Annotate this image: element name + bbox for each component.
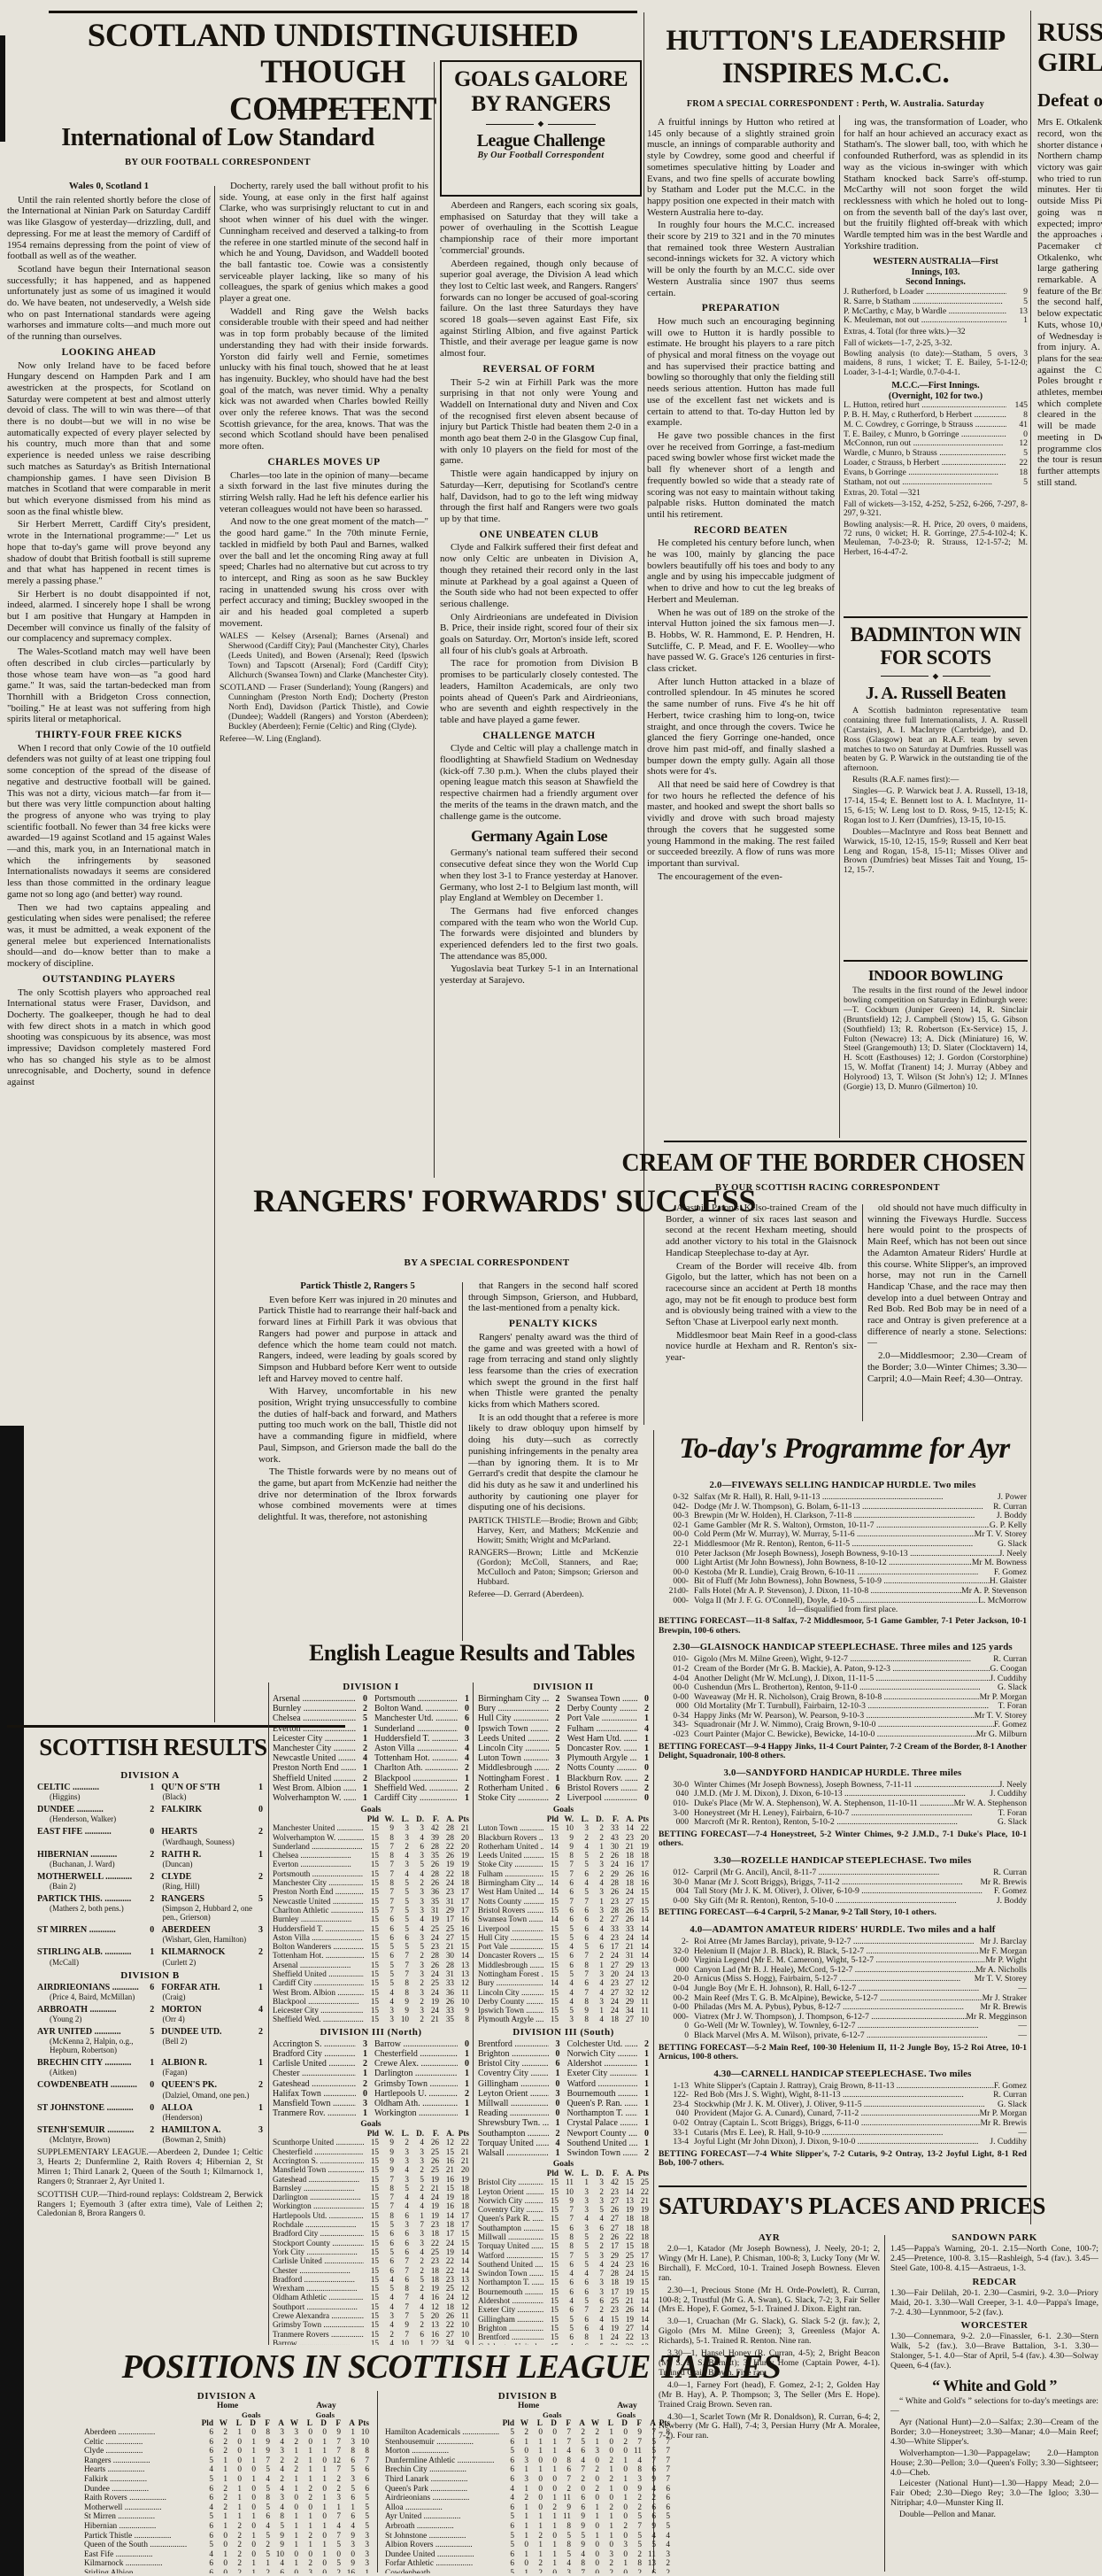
table-goals-header: Goals [478, 1806, 649, 1814]
goals-galore-headline: GOALS GALORE BY RANGERS [442, 67, 640, 117]
section-subhead: CHALLENGE MATCH [440, 731, 638, 742]
course-label: WORCESTER [890, 2320, 1098, 2331]
paragraph: Their 5-2 win at Firhill Park was the mo… [440, 377, 638, 468]
race-title: 3.30—ROZELLE HANDICAP STEEPLECHASE. Two … [659, 1855, 1027, 1866]
goals-byline: By Our Football Correspondent [442, 151, 640, 160]
table-row: Lincoln City15474273212 [478, 1988, 649, 1997]
article-section: CHALLENGE MATCH Clyde and Celtic will pl… [440, 731, 638, 823]
result-row: Millwall0Queen's P. Ran.1 [478, 2099, 649, 2108]
table-row: St Mirren511168110765 [84, 2512, 369, 2522]
runner-row: -023Court Painter (Major C. Bewicke), Be… [659, 1730, 1027, 1740]
scorecard-line: P. B. H. May, c Rutherford, b Herbert8 [844, 411, 1028, 421]
table-header: PldW.L.D.F.A.Pts [273, 2129, 469, 2138]
section-subhead: PENALTY KICKS [468, 1319, 638, 1330]
section-subhead: PREPARATION [647, 303, 835, 314]
result-row: Manchester City2Aston Villa4 [273, 1744, 469, 1753]
table-row: East Fife4120510001003 [84, 2550, 369, 2560]
scorecard-line: P. McCarthy, c May, b Wardle13 [844, 307, 1028, 317]
table-row: Barnsley15852211518 [273, 2184, 469, 2193]
table-header: PldW.L.D.F.A.Pts [478, 1814, 649, 1823]
table-row: Kilmarnock602114120593 [84, 2559, 369, 2569]
paragraph: that Rangers in the second half scored t… [468, 1280, 638, 1314]
table-row: Raith Rovers621083021365 [84, 2494, 369, 2503]
paragraph: He completed his century before lunch, w… [647, 538, 835, 605]
runner-row: 010-Duke's Place (Mr W. A. Stephenson), … [659, 1799, 1027, 1809]
runner-row: 22-1Middlesmoor (Mr R. Renton), Renton, … [659, 1540, 1027, 1550]
selection-line: Double—Pellon and Manar. [890, 2510, 1098, 2520]
table-row: Partick Thistle602159120793 [84, 2532, 369, 2541]
result-entry: DUNDEE2FALKIRK0 (Henderson, Walker) [37, 1805, 263, 1823]
paragraph: Clyde and Celtic will play a challenge m… [440, 743, 638, 822]
scottish-results-headline: SCOTTISH RESULTS [7, 1734, 299, 1760]
table-row: Sheffield United15573243113 [273, 1969, 469, 1978]
paragraph: Doubles—MacIntyre and Ross beat Bennett … [844, 828, 1028, 877]
section-subhead: OUTSTANDING PLAYERS [7, 974, 211, 986]
paragraph: After lunch Hutton attacked in a blaze o… [647, 677, 835, 777]
article-section: RECORD BEATEN He completed his century b… [647, 525, 835, 883]
result-row: Leicester City1Huddersfield T.3 [273, 1734, 469, 1744]
table-row: Nottingham Forest15573202413 [478, 1969, 649, 1978]
table-header: PldW.L.D.F.A.Pts [273, 1814, 469, 1823]
paragraph: And now to the one great moment of the m… [220, 516, 428, 629]
table-row: Gateshead15735191619 [273, 2175, 469, 2184]
column-rule [1030, 11, 1031, 2224]
table-row: Morton5011463001157 [385, 2447, 670, 2456]
supplementary-league-results: SUPPLEMENTARY LEAGUE.—Aberdeen 2, Dundee… [37, 2148, 263, 2187]
paragraph: Middlesmoor beat Main Reef in a good-cla… [666, 1330, 857, 1364]
result-row: West Brom. Albion1Sheffield Wed.2 [273, 1783, 469, 1793]
table-row: Fulham15762292616 [478, 1869, 649, 1878]
table-row: Plymouth Argyle15384182710 [478, 2015, 649, 2023]
edge-headline: RUSSIAN GIRLS [1037, 18, 1102, 77]
runner-row: 30-0Winter Chimes (Mr Joseph Bowness), J… [659, 1781, 1027, 1791]
result-entry: EAST FIFE0HEARTS2 (Wardhaugh, Souness) [37, 1827, 263, 1845]
table-row: Oldham Athletic15474162412 [273, 2293, 469, 2301]
table-row: Southampton15636271818 [478, 2224, 649, 2232]
paragraph: When he was out of 189 on the stroke of … [647, 607, 835, 675]
table-row: Carlisle United15672232214 [273, 2256, 469, 2265]
ayr-results-column: AYR 2.0—1, Katador (Mr Joseph Bowness), … [659, 2230, 880, 2573]
article-section: THIRTY-FOUR FREE KICKS When I record tha… [7, 730, 211, 970]
table-row: Liverpool15564333314 [478, 1924, 649, 1933]
table-row: York City15564251914 [273, 2247, 469, 2256]
referee-line: Referee—D. Gerrard (Aberdeen). [468, 1590, 638, 1599]
table-row: Torquay United15852171518 [478, 2241, 649, 2250]
table-row: Arbroath611189012795 [385, 2522, 670, 2532]
result-entry: STENH'SEMUIR2HAMILTON A.3 (McIntyre, Bro… [37, 2125, 263, 2144]
table-row: Brighton15564192714 [478, 2324, 649, 2332]
runner-row: 02-1Game Gambler (Mr R. S. Walton), Orms… [659, 1521, 1027, 1531]
race-card: 2.30—GLAISNOCK HANDICAP STEEPLECHASE. Th… [659, 1642, 1027, 1761]
race-result: 2.0—1, Katador (Mr Joseph Bowness), J. N… [659, 2245, 880, 2284]
result-row: Carlisle United2Crewe Alex.0 [273, 2059, 469, 2069]
result-row: Gillingham0Watford1 [478, 2079, 649, 2089]
result-row: Newcastle United4Tottenham Hot.4 [273, 1753, 469, 1763]
table-row: Hibernian612045111445 [84, 2522, 369, 2532]
table-row: Aston Villa15663242715 [273, 1933, 469, 1942]
race-title: 4.30—CARNELL HANDICAP STEEPLECHASE. Two … [659, 2069, 1027, 2079]
course-label: SANDOWN PARK [890, 2232, 1098, 2243]
table-row: Sunderland15726282220 [273, 1842, 469, 1851]
table-row: Dunfermline Athletic630084021477 [385, 2456, 670, 2466]
table-row: Clyde620193111788 [84, 2447, 369, 2456]
table-row: Leicester City1539324339 [273, 2006, 469, 2015]
table-header: PldWLDFAWLDFAPts [84, 2419, 369, 2428]
result-row: Burnley2Bolton Wand.0 [273, 1704, 469, 1713]
runner-row: 0Black Marvel (Mrs A. M. Wilson), privat… [659, 2031, 1027, 2041]
course-label: REDCAR [890, 2277, 1098, 2287]
paragraph: A fruitful innings by Hutton who retired… [647, 117, 835, 218]
table-row: Rotherham United14941302119 [478, 1842, 649, 1851]
table-row: Blackpool15492192610 [273, 1997, 469, 2006]
positions-divB-table: DIVISION B HomeAway GoalsGoals PldWLDFAW… [385, 2391, 670, 2573]
runner-row: 012-Carpril (Mr G. Ancil), Ancil, 8-11-7… [659, 1868, 1027, 1878]
result-row: Sheffield United2Blackpool1 [273, 1774, 469, 1783]
cream-article-col2: old should not have much difficulty in w… [867, 1203, 1027, 1422]
table-row: Darlington15744241918 [273, 2193, 469, 2201]
paragraph: Results (R.A.F. names first):— [844, 776, 1028, 785]
indoor-bowling-section: INDOOR BOWLING The results in the first … [844, 967, 1028, 1135]
runner-row: 21d0-Falls Hotel (Mr A. P. Stevenson), J… [659, 1587, 1027, 1597]
paragraph: Aberdeen regained, though only because o… [440, 259, 638, 360]
table-row: Watford15753292517 [478, 2251, 649, 2260]
paragraph: Until the rain relented shortly before t… [7, 195, 211, 262]
paragraph: The results in the first round of the Je… [844, 986, 1028, 1093]
result-entry: AIRDRIEONIANS6FORFAR ATH.1 (Price 4, Bai… [37, 1983, 263, 2001]
table-row: West Ham United14653262415 [478, 1887, 649, 1896]
table-row: Barrow15410122349 [273, 2339, 469, 2345]
table-row: Middlesbrough15681272913 [478, 1961, 649, 1969]
table-row: Mansfield Town15942252120 [273, 2165, 469, 2174]
runner-row: 00-0Kestoba (Mr R. Lundie), Craig Brown,… [659, 1568, 1027, 1578]
match-score-line: Partick Thistle 2, Rangers 5 [258, 1280, 457, 1292]
table-row: Falkirk510142111236 [84, 2475, 369, 2485]
result-row: Walsall1Swindon Town2 [478, 2148, 649, 2158]
runner-row: 00-0Cushendun (Mrs L. Brotherton), Rento… [659, 1683, 1027, 1693]
scorecard-line: R. Sarre, b Statham5 [844, 298, 1028, 307]
thistle-team-list: PARTICK THISTLE—Brodie; Brown and Gibb; … [468, 1516, 638, 1545]
division-label: DIVISION III (South) [478, 2027, 649, 2038]
runner-row: 33-1Cutaris (Mrs E. Lee), R. Hall, 9-10-… [659, 2129, 1027, 2139]
result-row: Chelsea5Manchester Utd.6 [273, 1713, 469, 1723]
edge-body: Mrs E. Otkalenko, holder of the world re… [1037, 117, 1102, 488]
table-row: Cowdenbeath512037020262 [385, 2569, 670, 2573]
table-row: Chesterfield15933251521 [273, 2147, 469, 2156]
section-subhead: CHARLES MOVES UP [220, 457, 428, 468]
table-row: Motherwell421054001115 [84, 2503, 369, 2513]
paragraph: ing was, the transformation of Loader, w… [844, 117, 1028, 251]
table-row: Exeter City15672232614 [478, 2305, 649, 2314]
race-title: 4.0—ADAMTON AMATEUR RIDERS' HURDLE. Two … [659, 1924, 1027, 1935]
column-rule [473, 1683, 474, 2345]
table-row: Southport15474121812 [273, 2302, 469, 2311]
race-title: 2.0—FIVEWAYS SELLING HANDICAP HURDLE. Tw… [659, 1480, 1027, 1490]
table-row: Charlton Athletic15753312917 [273, 1906, 469, 1915]
table-row: Newcastle United15753353117 [273, 1897, 469, 1906]
division-label: DIVISION B [385, 2391, 670, 2402]
badminton-section: BADMINTON WIN FOR SCOTS ◆ J. A. Russell … [844, 623, 1028, 956]
paragraph: The Germans had five enforced changes co… [440, 906, 638, 963]
table-row: Scunthorpe United15924261222 [273, 2138, 469, 2147]
worcester-results: 1.30—Connemara, 9-2. 2.0—Finassler, 6-1.… [890, 2332, 1098, 2371]
scotland-subheadline: International of Low Standard [9, 124, 427, 151]
column-rule [884, 2235, 885, 2572]
paragraph: Yugoslavia beat Turkey 5-1 in an Interna… [440, 963, 638, 986]
result-entry: BRECHIN CITY1ALBION R.1 (Aitken)(Fagan) [37, 2058, 263, 2077]
cream-byline: BY OUR SCOTTISH RACING CORRESPONDENT [651, 1183, 1005, 1193]
wales-team-list: WALES — Kelsey (Arsenal); Barnes (Arsena… [220, 631, 428, 680]
table-row: Stirling Albion6021260302161 [84, 2569, 369, 2573]
table-header: PldWLDFAWLDFAPts [385, 2419, 670, 2428]
result-row: Wolverhampton W.1Cardiff City1 [273, 1793, 469, 1803]
table-row: Port Vale15456172114 [478, 1942, 649, 1951]
paragraph: Then we had two captains appealing and g… [7, 902, 211, 970]
runner-row: 042-Dodge (Mr J. W. Thompson), G. Bolam,… [659, 1503, 1027, 1512]
selection-line: Wolverhampton—1.30—Pappagelaw; 2.0—Hampt… [890, 2449, 1098, 2479]
runner-row: 0-00Virginia Legend (Mr E. M. Cameron), … [659, 1956, 1027, 1966]
selection-line: Ayr (National Hunt)—2.0—Salfax; 2.30—Cre… [890, 2418, 1098, 2448]
result-row: Accrington S.3Barrow0 [273, 2039, 469, 2049]
table-row: Accrington S.15933261621 [273, 2156, 469, 2165]
paragraph: The race for promotion from Division B p… [440, 658, 638, 725]
paragraph: Cream of the Border will receive 4lb. fr… [666, 1261, 857, 1328]
table-row: Third Lanark630072021397 [385, 2475, 670, 2485]
scan-edge-artifact [0, 35, 5, 142]
cricket-article-col1: A fruitful innings by Hutton who retired… [647, 117, 835, 1135]
table-row: Everton15735261919 [273, 1860, 469, 1868]
paragraph: Rangers' penalty award was the third of … [468, 1332, 638, 1411]
table-row: Arsenal15573262813 [273, 1961, 469, 1969]
ornament-divider: ◆ [442, 120, 640, 128]
division-label: DIVISION III (North) [273, 2027, 469, 2038]
result-row: Mansfield Town3Oldham Ath.1 [273, 2099, 469, 2108]
scorecard-line: Loader, c Strauss, b Herbert22 [844, 459, 1028, 468]
table-row: Coventry City15735261919 [478, 2205, 649, 2214]
table-row: Manchester City15852262418 [273, 1878, 469, 1887]
result-row: Ipswich Town2Fulham4 [478, 1724, 649, 1734]
race-card: 4.30—CARNELL HANDICAP STEEPLECHASE. Two … [659, 2069, 1027, 2169]
english-league-headline: English League Results and Tables [281, 1640, 662, 1666]
cricket-scorecard: WESTERN AUSTRALIA—First Innings, 103. Se… [844, 257, 1028, 557]
section-subhead: RECORD BEATEN [647, 525, 835, 537]
selection-line: Leicester (National Hunt)—1.30—Happy Mea… [890, 2479, 1098, 2509]
result-row: Everton1Sunderland0 [273, 1724, 469, 1734]
race-result: 2.30—1, Precious Stone (Mr H. Orde-Powle… [659, 2286, 880, 2316]
badminton-headline: BADMINTON WIN FOR SCOTS [844, 623, 1028, 669]
column-rule [862, 1204, 863, 1421]
runner-row: 040Provident (Major G. A. Cunard), Cunar… [659, 2109, 1027, 2119]
column-rule [268, 1683, 269, 2345]
division-label: DIVISION I [273, 1682, 469, 1692]
result-row: Brighton0Norwich City1 [478, 2049, 649, 2059]
scotland-article-col2: Docherty, rarely used the ball without p… [220, 181, 428, 1178]
scorecard-line: Wardle, c Munro, b Strauss5 [844, 449, 1028, 459]
table-row: Bristol Rovers15663282615 [478, 1906, 649, 1915]
result-entry: COWDENBEATH0QUEEN'S PK.2 (Dalziel, Omand… [37, 2080, 263, 2099]
paragraph: Charles—too late in the opinion of many—… [220, 470, 428, 515]
result-row: Rotherham United6Bristol Rovers2 [478, 1783, 649, 1793]
race-result: 4.30—1, Scarlet Town (Mr R. Donaldson), … [659, 2413, 880, 2442]
table-header: PldW.L.D.F.A.Pts [478, 2169, 649, 2178]
table-row: Stockport County15663222415 [273, 2239, 469, 2247]
paragraph: Scotland have begun their International … [7, 264, 211, 343]
runner-row: 13-4Joyful Light (Mr John Dixon), J. Dix… [659, 2138, 1027, 2147]
division-label: DIVISION A [37, 1770, 263, 1781]
positions-headline: POSITIONS IN SCOTTISH LEAGUE TABLES [97, 2348, 805, 2386]
table-goals-header: Goals [273, 1806, 469, 1814]
result-row: Lincoln City5Doncaster Rov.1 [478, 1744, 649, 1753]
result-row: Middlesbrough2Notts County0 [478, 1763, 649, 1773]
table-row: Queen of the South502029111533 [84, 2541, 369, 2550]
article-section: ONE UNBEATEN CLUB Clyde and Falkirk suff… [440, 530, 638, 726]
table-row: Derby County15483242911 [478, 1997, 649, 2006]
paragraph: Sir Herbert is no doubt disappointed if … [7, 589, 211, 646]
runner-row: 000Marcroft (Mr R. Renton), Renton, 5-10… [659, 1818, 1027, 1828]
result-row: Luton Town3Plymouth Argyle1 [478, 1753, 649, 1763]
paragraph: The only Scottish players who approached… [7, 987, 211, 1088]
table-row: Queen's Park410020210946 [385, 2485, 670, 2495]
result-row: Bury2Derby County2 [478, 1704, 649, 1713]
table-row: Dundee United6111540302113 [385, 2550, 670, 2560]
table-row: Leyton Orient151032231422 [478, 2187, 649, 2196]
race-card: 3.30—ROZELLE HANDICAP STEEPLECHASE. Two … [659, 1855, 1027, 1918]
division-label: DIVISION B [37, 1970, 263, 1981]
table-row: Forfar Athletic6021480218132 [385, 2559, 670, 2569]
result-row: Brentford3Colchester Utd.2 [478, 2039, 649, 2049]
places-prices-headline: SATURDAY'S PLACES AND PRICES [659, 2193, 1027, 2219]
table-row: Aldershot15456252114 [478, 2296, 649, 2305]
table-row: Colchester United15465313213 [478, 2342, 649, 2345]
table-row: Hull City15564232414 [478, 1933, 649, 1942]
result-row: Leeds United2West Ham Utd.1 [478, 1734, 649, 1744]
rangers-article-col1: Partick Thistle 2, Rangers 5 Even before… [258, 1280, 457, 1642]
paragraph: All that need be said here of Cowdrey is… [647, 779, 835, 870]
table-row: Chelsea15843352619 [273, 1851, 469, 1860]
result-entry: CELTIC1QU'N OF S'TH1 (Higgins)(Black) [37, 1783, 263, 1801]
betting-forecast: BETTING FORECAST—6-4 Carpril, 5-2 Manar,… [659, 1908, 1027, 1918]
betting-forecast: BETTING FORECAST—7-4 White Slipper's, 7-… [659, 2150, 1027, 2169]
table-row: Tranmere Rovers15276162710 [273, 2330, 469, 2339]
table-row: Norwich City15933271321 [478, 2196, 649, 2205]
cricket-byline: FROM A SPECIAL CORRESPONDENT : Perth, W.… [646, 99, 1025, 109]
paragraph: Only Airdrieonians are undefeated in Div… [440, 612, 638, 657]
paragraph: The encouragement of the even- [647, 871, 835, 883]
white-and-gold-headline: “ White and Gold ” [890, 2377, 1098, 2394]
column-rule [839, 115, 840, 1138]
runner-row: 000-Volga II (Mr J. F. G. O'Connell), Do… [659, 1597, 1027, 1606]
table-row: Queen's Park R.15744271818 [478, 2214, 649, 2223]
selection-line: “ White and Gold's ” selections for to-d… [890, 2397, 1098, 2417]
cream-headline: CREAM OF THE BORDER CHOSEN [620, 1149, 1027, 1177]
article-section: REVERSAL OF FORM Their 5-2 win at Firhil… [440, 364, 638, 525]
result-row: Birmingham City2Swansea Town0 [478, 1694, 649, 1704]
table-row: Notts County15771232715 [478, 1897, 649, 1906]
table-row: Hartlepools Utd.15861191417 [273, 2211, 469, 2220]
table-row: Northampton T.15663181915 [478, 2278, 649, 2286]
article-section: Aberdeen and Rangers, each scoring six g… [440, 200, 638, 360]
result-row: Bradford City1Chesterfield1 [273, 2049, 469, 2059]
table-row: Stenhousemuir611175102757 [385, 2438, 670, 2448]
table-row: Cardiff City15582253312 [273, 1978, 469, 1987]
runner-row: 000Canyon Lad (Mr B. J. Heale), McCord, … [659, 1966, 1027, 1976]
paragraph: 2.0—Middlesmoor; 2.30—Cream of the Borde… [867, 1350, 1027, 1384]
runner-row: 343-Squadronair (Mr J. W. Nimmo), Craig … [659, 1721, 1027, 1730]
rangers-team-list: RANGERS—Brown; Little and McKenzie (Gord… [468, 1548, 638, 1587]
runner-row: 32-0Helenium II (Major J. B. Black), R. … [659, 1947, 1027, 1957]
race-card: 4.0—ADAMTON AMATEUR RIDERS' HURDLE. Two … [659, 1924, 1027, 2062]
table-row: Leeds United15852261818 [478, 1851, 649, 1860]
table-row: Bradford City15663181715 [273, 2229, 469, 2238]
race-title: 2.30—GLAISNOCK HANDICAP STEEPLECHASE. Th… [659, 1642, 1027, 1652]
betting-forecast: BETTING FORECAST—5-2 Main Reef, 100-30 H… [659, 2044, 1027, 2062]
paragraph: It is an odd thought that a referee is m… [468, 1412, 638, 1513]
table-row: St Johnstone512055110544 [385, 2532, 670, 2541]
paragraph: old should not have much difficulty in w… [867, 1203, 1027, 1349]
table-row: Rochdale15537231817 [273, 2220, 469, 2229]
section-rule [664, 1141, 1027, 1142]
positions-divA-table: DIVISION A HomeAway GoalsGoals PldWLDFAW… [84, 2391, 369, 2573]
result-row: Halifax Town0Hartlepools U.2 [273, 2089, 469, 2099]
column-rule [434, 62, 435, 1178]
scotland-team-list: SCOTLAND — Fraser (Sunderland); Young (R… [220, 683, 428, 731]
division-label: DIVISION II [478, 1682, 649, 1692]
result-row: Chester1Darlington1 [273, 2069, 469, 2078]
referee-line: Referee—W. Ling (England). [220, 734, 428, 744]
goals-galore-article: Aberdeen and Rangers, each scoring six g… [440, 200, 638, 1178]
headline-rule [49, 11, 637, 13]
paragraph: How much such an encouraging beginning w… [647, 316, 835, 429]
headline-ornament: ◆ [257, 103, 407, 117]
result-row: Arsenal0Portsmouth1 [273, 1694, 469, 1704]
table-row: Luton Town151032331422 [478, 1823, 649, 1832]
table-row: Tottenham Hot.15672283014 [273, 1951, 469, 1960]
table-row: Bradford15465182313 [273, 2275, 469, 2284]
scorecard-line: M. C. Cowdrey, c Gorringe, b Strauss41 [844, 421, 1028, 430]
result-row: Bristol City6Aldershot1 [478, 2059, 649, 2069]
scorecard-line: T. E. Bailey, c Munro, b Gorringe0 [844, 430, 1028, 440]
match-score-line: Wales 0, Scotland 1 [7, 181, 211, 192]
runner-row: 004Tall Story (Mr J. K. M. Oliver), J. O… [659, 1887, 1027, 1897]
table-row: Brechin City611167210867 [385, 2465, 670, 2475]
english-division1-column: DIVISION I Arsenal0Portsmouth1Burnley2Bo… [273, 1679, 469, 2345]
column-rule [214, 186, 215, 1722]
result-entry: HIBERNIAN2RAITH R.1 (Buchanan, J. Ward)(… [37, 1850, 263, 1868]
table-row: Blackburn Rovers13922432320 [478, 1833, 649, 1842]
table-row: Huddersfield T.15654252516 [273, 1924, 469, 1933]
result-entry: ARBROATH2MORTON4 (Young 2)(Orr 4) [37, 2005, 263, 2023]
table-row: Swindon Town15447282415 [478, 2269, 649, 2278]
paragraph: Alastair Paton's Kelso-trained Cream of … [666, 1203, 857, 1259]
result-row: Tranmere Rov.1Workington1 [273, 2108, 469, 2118]
table-row: Airdrieonians4201116001226 [385, 2494, 670, 2503]
race-result: 3.0—1, Cruachan (Mr G. Slack), G. Slack … [659, 2317, 880, 2347]
paragraph: Even before Kerr was injured in 20 minut… [258, 1295, 457, 1385]
scottish-results-list: DIVISION A CELTIC1QU'N OF S'TH1 (Higgins… [37, 1768, 263, 2343]
table-goals-header: Goals [273, 2120, 469, 2129]
sandown-results: 1.45—Pappa's Warning, 20-1. 2.15—North C… [890, 2245, 1098, 2274]
article-section: Docherty, rarely used the ball without p… [220, 181, 428, 453]
edge-subheadline: Defeat of Record-Holder [1037, 89, 1102, 112]
section-subhead: THIRTY-FOUR FREE KICKS [7, 730, 211, 741]
table-row: Burnley15654191716 [273, 1915, 469, 1923]
scorecard-line: L. Hutton, retired hurt145 [844, 401, 1028, 411]
table-row: Ayr United5111119110565 [385, 2512, 670, 2522]
indoor-bowling-headline: INDOOR BOWLING [844, 967, 1028, 984]
betting-forecast: BETTING FORECAST—7-4 Honeystreet, 5-2 Wi… [659, 1830, 1027, 1849]
result-row: Coventry City1Exeter City1 [478, 2069, 649, 2078]
english-division2-column: DIVISION II Birmingham City2Swansea Town… [478, 1679, 649, 2345]
table-row: Doncaster Rovers15672243114 [478, 1951, 649, 1960]
